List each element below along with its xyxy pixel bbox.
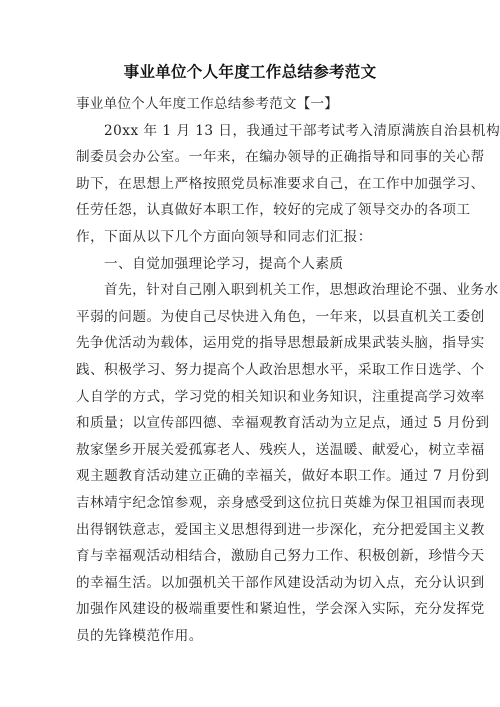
paragraph-2-line-14: 员的先锋模范作用。	[76, 623, 426, 650]
paragraph-2-line-3: 先争优活动为载体，运用党的指导思想最新成果武装头脑，指导实	[76, 330, 426, 357]
paragraph-2-line-10: 出得钢铁意志，爱国主义思想得到进一步深化，充分把爱国主义教	[76, 517, 426, 544]
paragraph-2-line-8: 观主题教育活动建立正确的幸福关，做好本职工作。通过 7 月份到	[76, 463, 426, 490]
paragraph-2-line-9: 吉林靖宇纪念馆参观，亲身感受到这位抗日英雄为保卫祖国而表现	[76, 490, 426, 517]
paragraph-2-line-1: 首先，针对自己刚入职到机关工作，思想政治理论不强、业务水	[76, 277, 426, 304]
paragraph-2-line-2: 平弱的问题。为使自己尽快进入角色，一年来，以县直机关工委创	[76, 304, 426, 331]
paragraph-1-line-3: 助下，在思想上严格按照党员标准要求自己，在工作中加强学习、	[76, 171, 426, 198]
paragraph-1-line-5: 作，下面从以下几个方面向领导和同志们汇报：	[76, 224, 426, 251]
paragraph-2-line-13: 加强作风建设的极端重要性和紧迫性，学会深入实际，充分发挥党	[76, 596, 426, 623]
paragraph-2-line-11: 育与幸福观活动相结合，激励自己努力工作、积极创新，珍惜今天	[76, 543, 426, 570]
document-subtitle: 事业单位个人年度工作总结参考范文【一】	[76, 91, 426, 118]
document-page: 事业单位个人年度工作总结参考范文 事业单位个人年度工作总结参考范文【一】 20x…	[0, 0, 500, 707]
section-heading-1: 一、自觉加强理论学习，提高个人素质	[76, 251, 426, 278]
document-body: 事业单位个人年度工作总结参考范文【一】 20xx 年 1 月 13 日，我通过干…	[76, 91, 426, 649]
paragraph-1-line-4: 任劳任怨，认真做好本职工作，较好的完成了领导交办的各项工	[76, 197, 426, 224]
document-title: 事业单位个人年度工作总结参考范文	[0, 62, 500, 82]
paragraph-2-line-12: 的幸福生活。以加强机关干部作风建设活动为切入点，充分认识到	[76, 570, 426, 597]
paragraph-1-line-1: 20xx 年 1 月 13 日，我通过干部考试考入清原满族自治县机构编	[76, 118, 426, 145]
paragraph-1-line-2: 制委员会办公室。一年来，在编办领导的正确指导和同事的关心帮	[76, 144, 426, 171]
paragraph-2-line-5: 人自学的方式，学习党的相关知识和业务知识，注重提高学习效率	[76, 384, 426, 411]
paragraph-2-line-6: 和质量；以宣传部四德、幸福观教育活动为立足点，通过 5 月份到	[76, 410, 426, 437]
paragraph-2-line-7: 敖家堡乡开展关爱孤寡老人、残疾人，送温暖、献爱心，树立幸福	[76, 437, 426, 464]
paragraph-2-line-4: 践、积极学习、努力提高个人政治思想水平，采取工作日选学、个	[76, 357, 426, 384]
